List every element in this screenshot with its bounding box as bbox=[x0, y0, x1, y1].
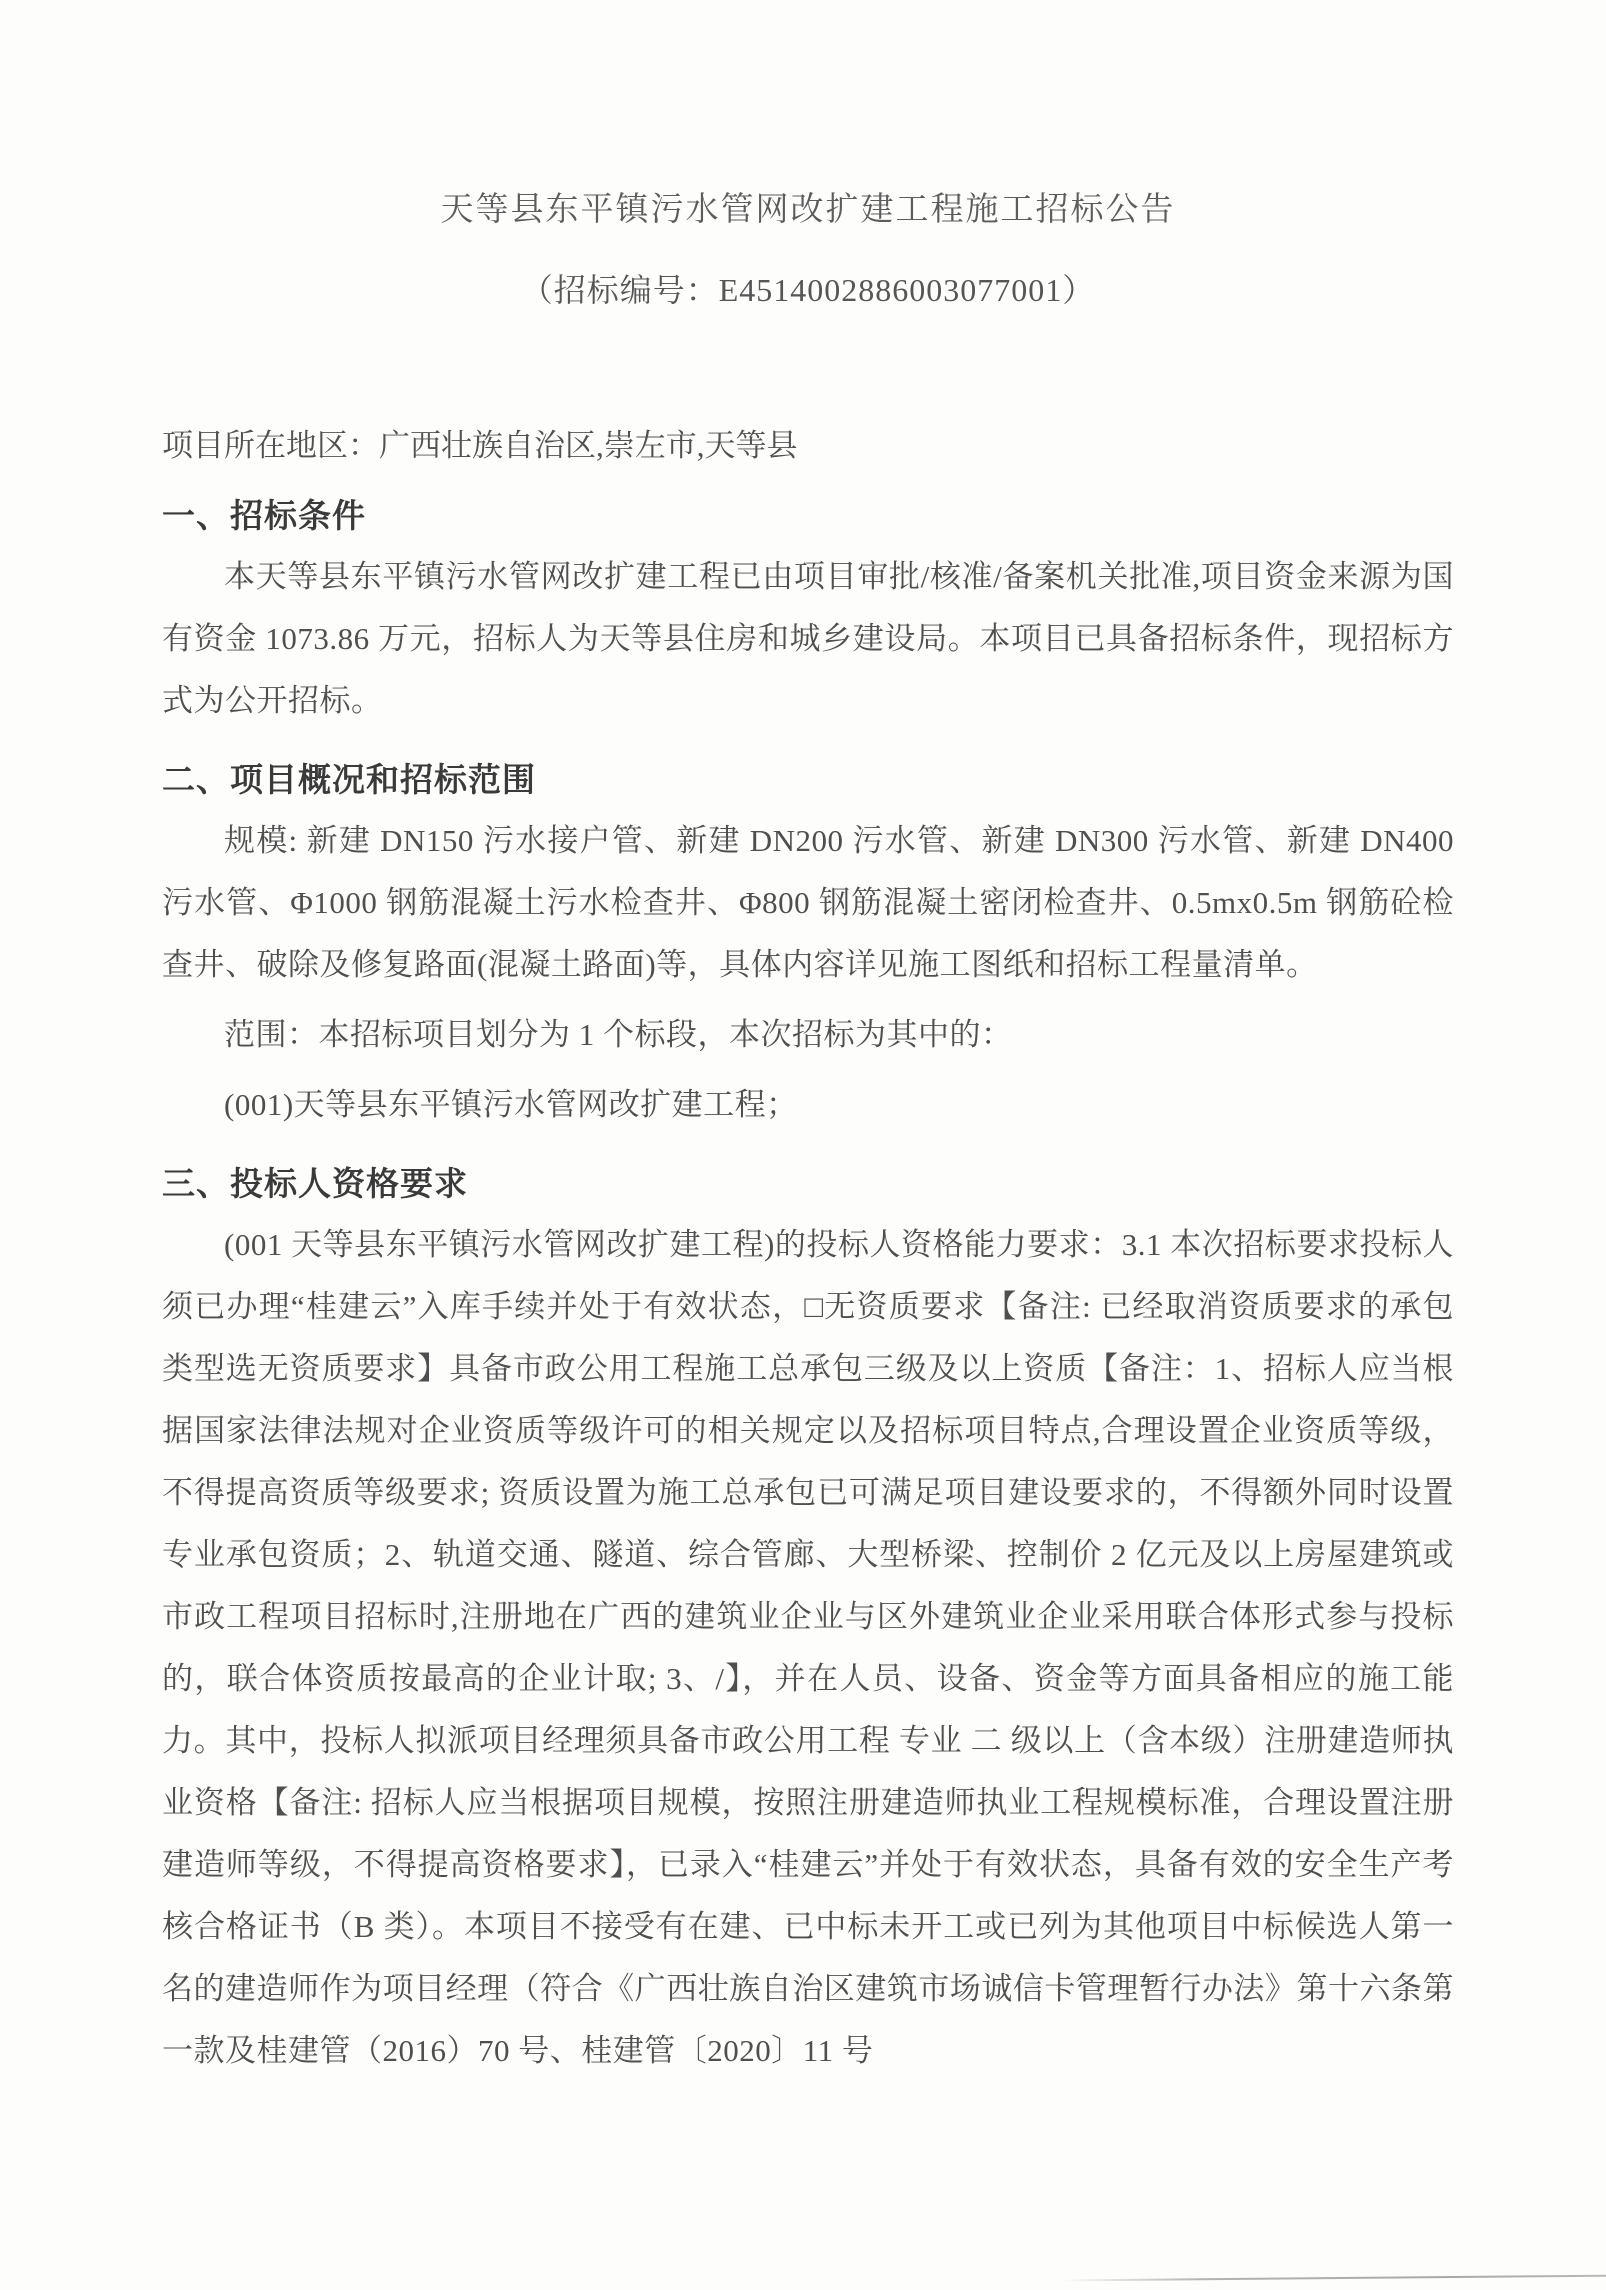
scanned-document-page: 天等县东平镇污水管网改扩建工程施工招标公告 （招标编号：E45140028860… bbox=[0, 0, 1606, 2290]
section-heading-project-overview: 二、项目概况和招标范围 bbox=[162, 758, 1454, 802]
section-heading-bidder-qualifications: 三、投标人资格要求 bbox=[162, 1162, 1454, 1206]
section-heading-bidding-conditions: 一、招标条件 bbox=[162, 494, 1454, 538]
tender-number-subtitle: （招标编号：E4514002886003077001） bbox=[162, 268, 1454, 312]
paragraph-lot-001: (001)天等县东平镇污水管网改扩建工程； bbox=[162, 1074, 1454, 1136]
paragraph-bidding-conditions: 本天等县东平镇污水管网改扩建工程已由项目审批/核准/备案机关批准,项目资金来源为… bbox=[162, 546, 1454, 732]
scan-artifact-line bbox=[1062, 2275, 1606, 2282]
paragraph-bidder-qualifications: (001 天等县东平镇污水管网改扩建工程)的投标人资格能力要求：3.1 本次招标… bbox=[162, 1214, 1454, 2082]
paragraph-project-scope: 范围：本招标项目划分为 1 个标段，本次招标为其中的： bbox=[162, 1004, 1454, 1066]
document-title: 天等县东平镇污水管网改扩建工程施工招标公告 bbox=[162, 188, 1454, 232]
project-location-line: 项目所在地区：广西壮族自治区,崇左市,天等县 bbox=[162, 424, 1454, 468]
paragraph-project-scale: 规模: 新建 DN150 污水接户管、新建 DN200 污水管、新建 DN300… bbox=[162, 810, 1454, 996]
document-content: 天等县东平镇污水管网改扩建工程施工招标公告 （招标编号：E45140028860… bbox=[162, 0, 1454, 2082]
